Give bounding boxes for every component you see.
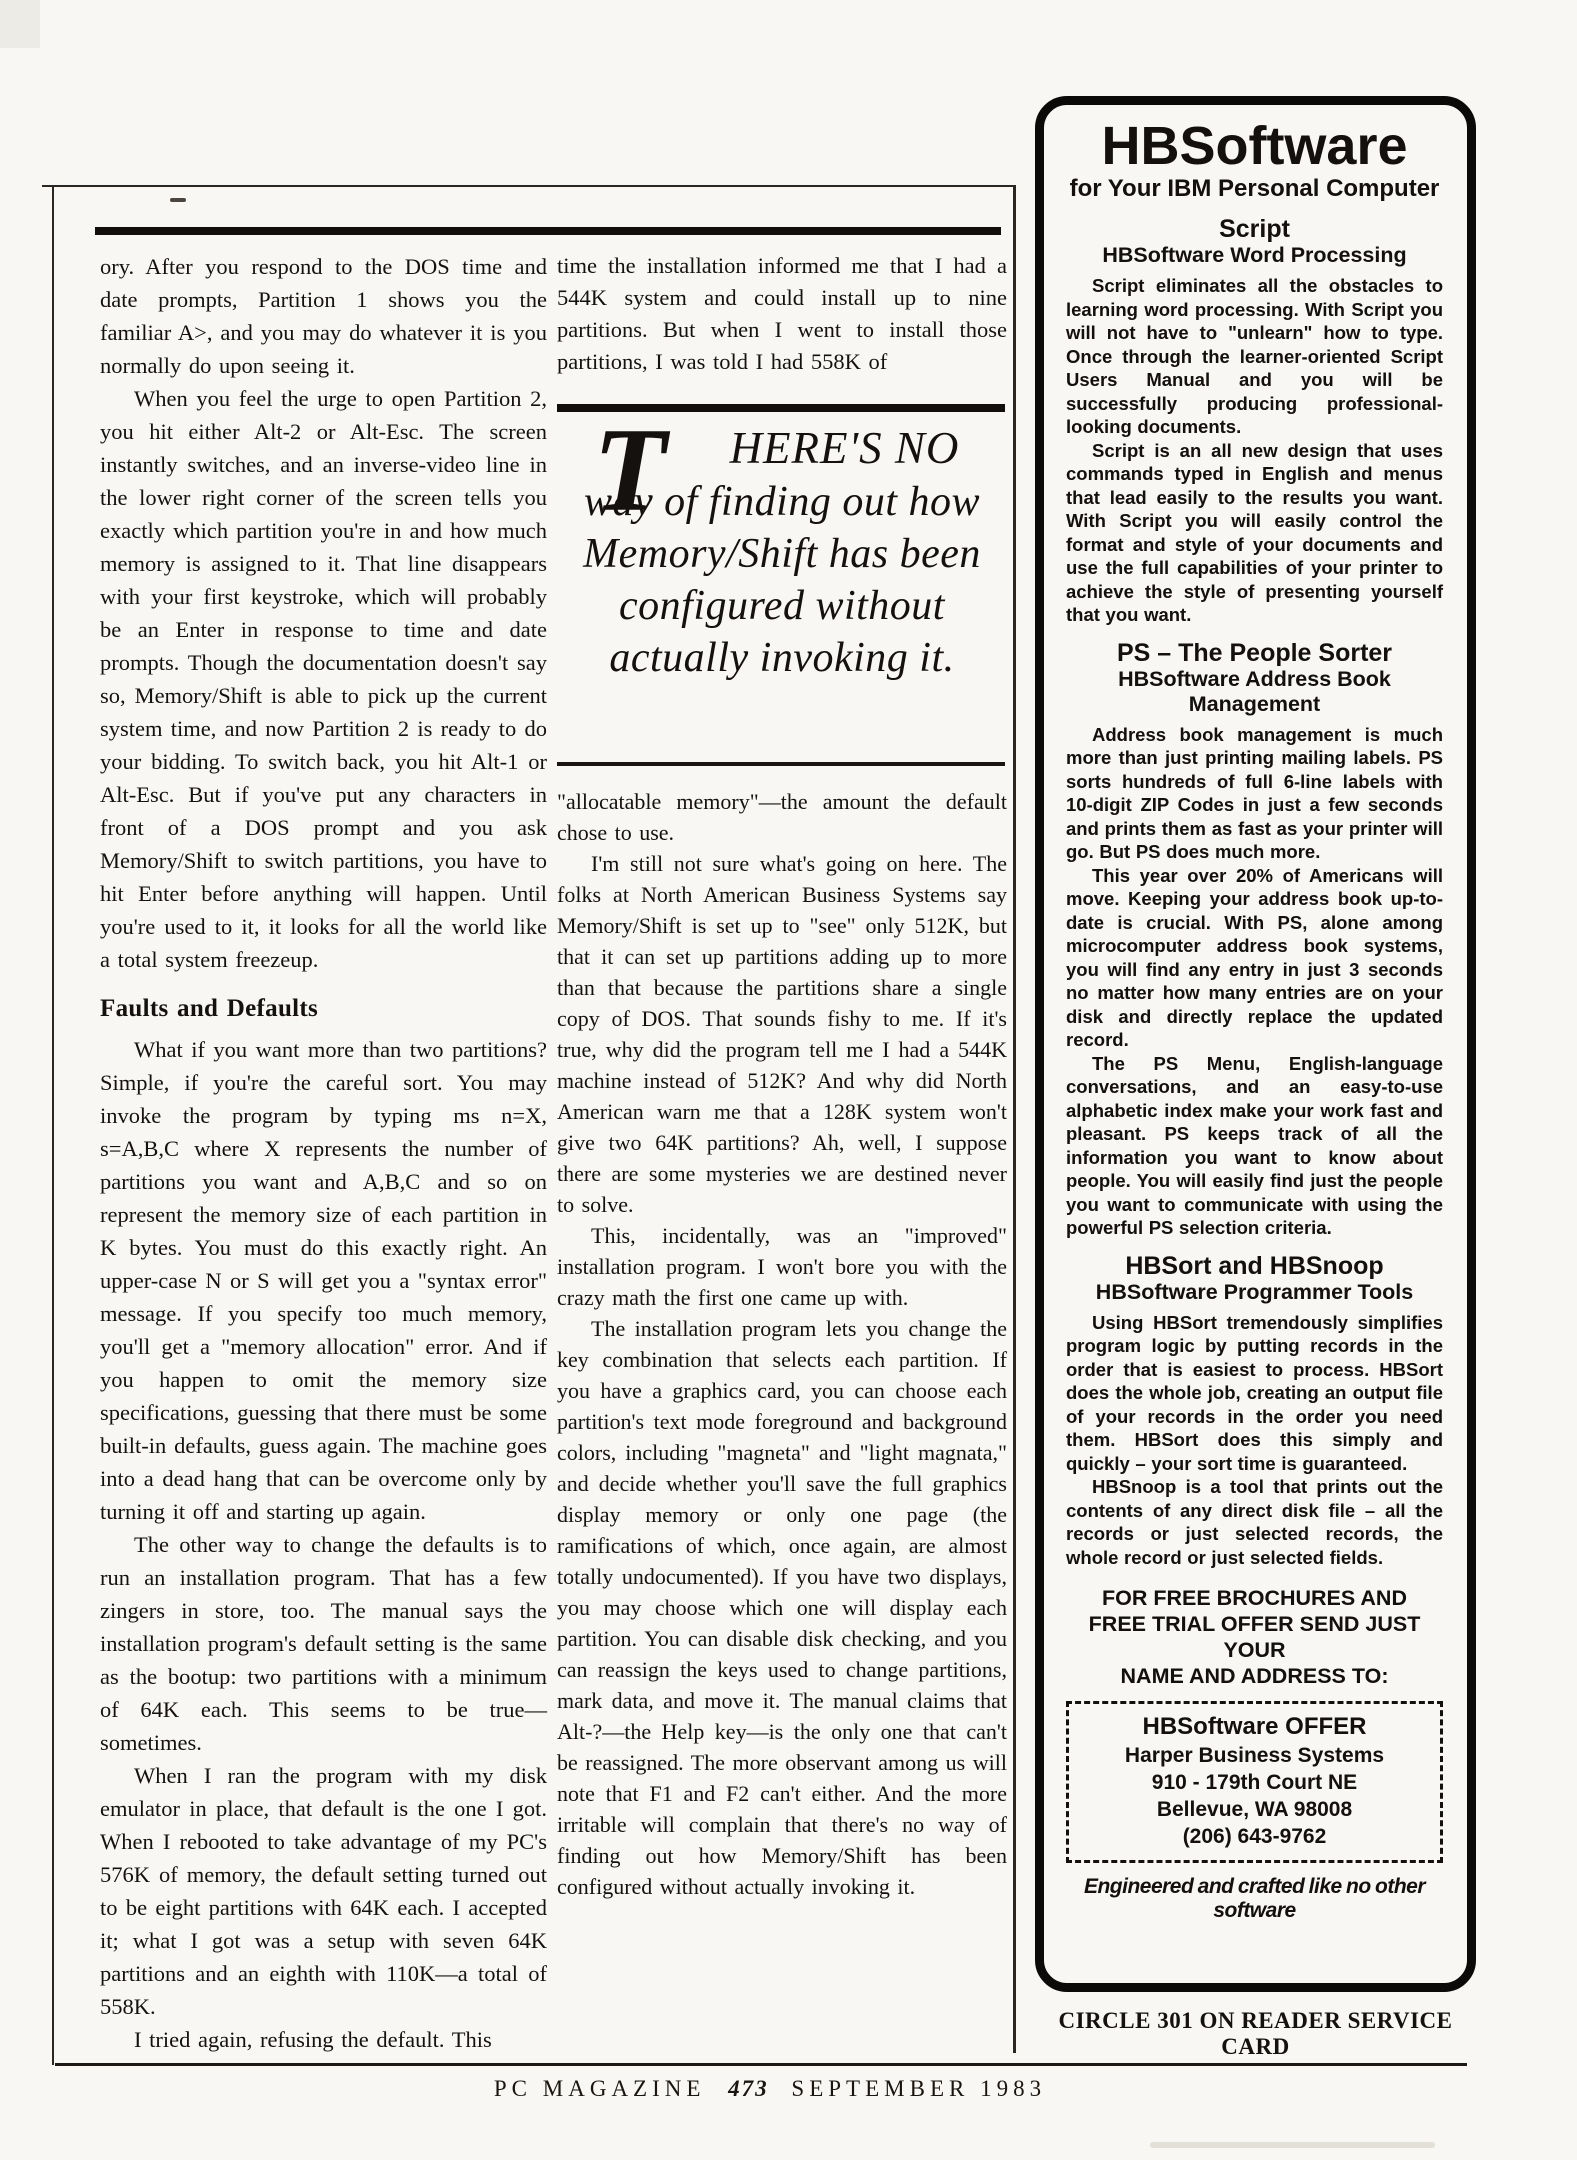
ad-paragraph: The PS Menu, English-language conversati… [1066,1052,1443,1240]
article-column-middle-body: "allocatable memory"—the amount the defa… [557,786,1007,1902]
article-paragraph: When I ran the program with my disk emul… [100,1759,547,2023]
ad-section-subheading: HBSoftware Word Processing [1066,243,1443,268]
ad-cta-line: NAME AND ADDRESS TO: [1066,1663,1443,1689]
article-column-left: ory. After you respond to the DOS time a… [100,250,547,2056]
ad-section-subheading: HBSoftware Programmer Tools [1066,1280,1443,1305]
ad-paragraph: Script is an all new design that uses co… [1066,439,1443,627]
footer-magazine-name: PC MAGAZINE [494,2076,706,2101]
ad-paragraph: Script eliminates all the obstacles to l… [1066,274,1443,439]
article-frame-top-border [42,185,1016,187]
reader-service-card-note: CIRCLE 301 ON READER SERVICE CARD [1035,2008,1476,2060]
footer-page-number: 473 [728,2076,769,2101]
scan-smudge-bottom [1150,2142,1435,2148]
pull-quote-dropcap: T [593,410,666,530]
footer-rule [55,2063,1467,2066]
article-paragraph: "allocatable memory"—the amount the defa… [557,786,1007,848]
article-column-middle-intro: time the installation informed me that I… [557,250,1007,378]
ad-tagline: Engineered and crafted like no other sof… [1066,1875,1443,1923]
article-paragraph: When you feel the urge to open Partition… [100,382,547,976]
ad-offer-address: Bellevue, WA 98008 [1073,1796,1436,1823]
pull-quote-line: actually invoking it. [557,632,1007,684]
ad-offer-address: 910 - 179th Court NE [1073,1769,1436,1796]
section-heading: Faults and Defaults [100,992,547,1025]
article-paragraph: I'm still not sure what's going on here.… [557,848,1007,1220]
ad-cta-line: FOR FREE BROCHURES AND [1066,1585,1443,1611]
article-paragraph: What if you want more than two partition… [100,1033,547,1528]
ad-subtitle: for Your IBM Personal Computer [1066,175,1443,203]
footer-issue-date: SEPTEMBER 1983 [791,2076,1046,2101]
article-paragraph: I tried again, refusing the default. Thi… [100,2023,547,2056]
ad-offer-coupon-box: HBSoftware OFFER Harper Business Systems… [1066,1701,1443,1863]
ad-section-heading-script: Script [1066,215,1443,243]
article-frame-left-border [52,185,54,2065]
pullquote-bottom-rule [557,762,1005,766]
ad-title: HBSoftware [1066,117,1443,175]
article-paragraph: The installation program lets you change… [557,1313,1007,1902]
ad-cta-line: FREE TRIAL OFFER SEND JUST YOUR [1066,1611,1443,1663]
ad-paragraph: Address book management is much more tha… [1066,723,1443,864]
article-top-thick-rule [95,227,1001,235]
article-paragraph: This, incidentally, was an "improved" in… [557,1220,1007,1313]
ad-call-to-action: FOR FREE BROCHURES AND FREE TRIAL OFFER … [1066,1585,1443,1689]
ad-offer-company: Harper Business Systems [1073,1742,1436,1769]
ad-offer-phone: (206) 643-9762 [1073,1823,1436,1850]
ad-section-subheading: HBSoftware Address Book Management [1066,667,1443,717]
page-footer: PC MAGAZINE 473 SEPTEMBER 1983 [380,2076,1160,2102]
pull-quote: T HERE'S NO way of finding out how Memor… [557,420,1007,750]
article-paragraph: ory. After you respond to the DOS time a… [100,250,547,382]
ad-paragraph: HBSnoop is a tool that prints out the co… [1066,1475,1443,1569]
scan-dash-artifact [170,198,186,202]
article-paragraph: The other way to change the defaults is … [100,1528,547,1759]
pull-quote-line: configured without [557,580,1007,632]
scan-smudge-corner [0,0,40,48]
ad-offer-title: HBSoftware OFFER [1073,1712,1436,1742]
advertisement-hbsoftware: HBSoftware for Your IBM Personal Compute… [1035,96,1476,1992]
ad-paragraph: This year over 20% of Americans will mov… [1066,864,1443,1052]
ad-paragraph: Using HBSort tremendously simplifies pro… [1066,1311,1443,1476]
article-paragraph: time the installation informed me that I… [557,250,1007,378]
ad-section-heading-tools: HBSort and HBSnoop [1066,1252,1443,1280]
column-divider-rule [1013,185,1016,2053]
ad-section-heading-ps: PS – The People Sorter [1066,639,1443,667]
magazine-page: { "page": { "footer": { "magazine": "PC … [0,0,1577,2160]
